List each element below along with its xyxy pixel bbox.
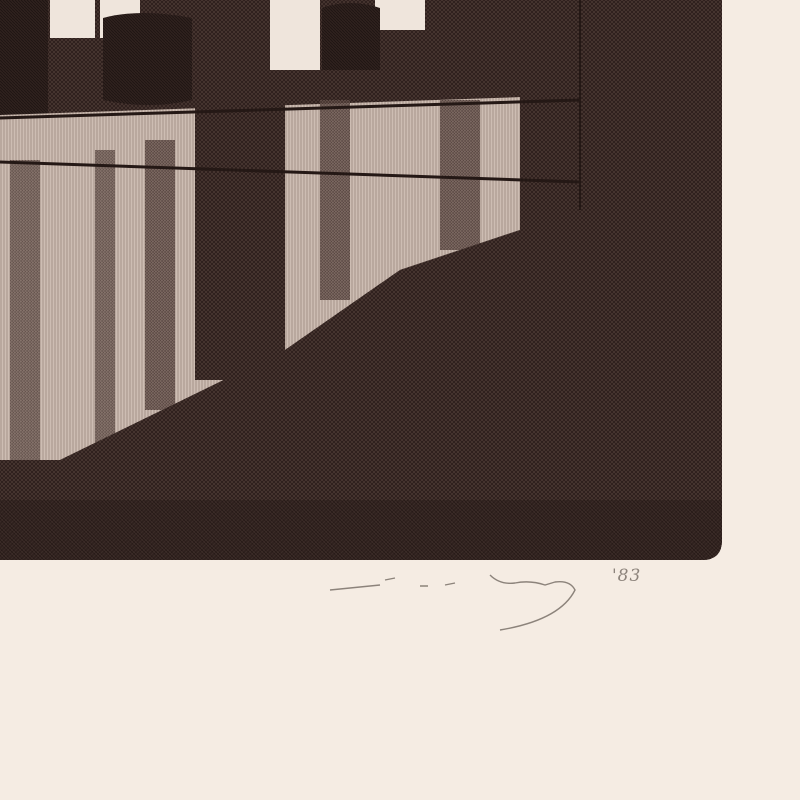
signature-stroke <box>330 575 575 630</box>
etching-plate <box>0 0 800 800</box>
signature-date: '83 <box>612 566 641 586</box>
etching-print: '83 <box>0 0 800 800</box>
